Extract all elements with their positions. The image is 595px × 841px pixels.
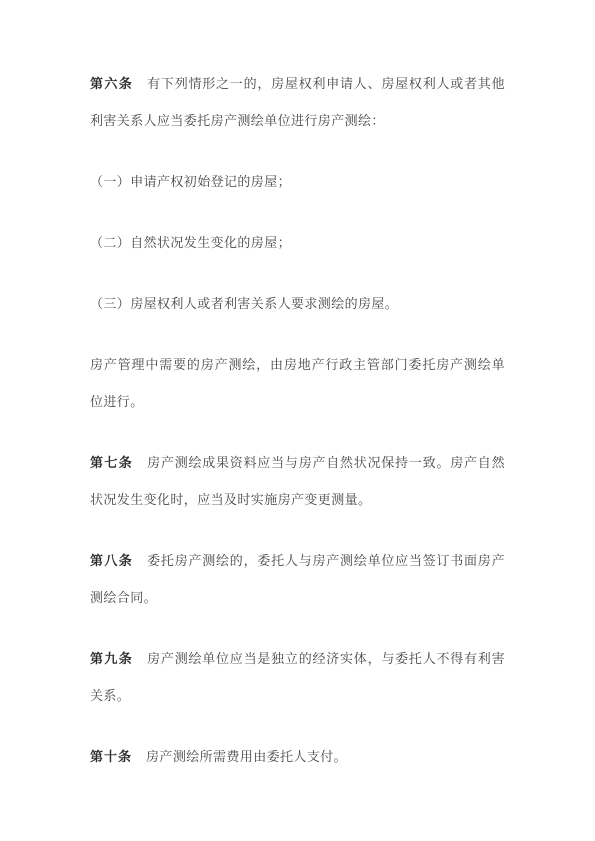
paragraph-text: 房产测绘单位应当是独立的经济实体，与委托人不得有利害关系。 [90, 652, 505, 704]
paragraph-item-2: （二）自然状况发生变化的房屋； [90, 225, 505, 262]
paragraph-article-9: 第九条房产测绘单位应当是独立的经济实体，与委托人不得有利害关系。 [90, 641, 505, 715]
paragraph-text: 有下列情形之一的，房屋权利申请人、房屋权利人或者其他利害关系人应当委托房产测绘单… [90, 77, 505, 129]
article-number-label: 第六条 [90, 77, 133, 92]
paragraph-text: （三）房屋权利人或者利害关系人要求测绘的房屋。 [90, 297, 398, 312]
paragraph-article-8: 第八条委托房产测绘的，委托人与房产测绘单位应当签订书面房产测绘合同。 [90, 543, 505, 617]
paragraph-article-7: 第七条房产测绘成果资料应当与房产自然状况保持一致。房产自然状况发生变化时，应当及… [90, 445, 505, 519]
paragraph-article-6-closing: 房产管理中需要的房产测绘，由房地产行政主管部门委托房产测绘单位进行。 [90, 347, 505, 421]
document-page: 第六条有下列情形之一的，房屋权利申请人、房屋权利人或者其他利害关系人应当委托房产… [0, 0, 595, 841]
article-number-label: 第十条 [90, 750, 132, 765]
paragraph-text: （一）申请产权初始登记的房屋； [90, 175, 291, 190]
paragraph-article-6: 第六条有下列情形之一的，房屋权利申请人、房屋权利人或者其他利害关系人应当委托房产… [90, 66, 505, 140]
paragraph-item-1: （一）申请产权初始登记的房屋； [90, 164, 505, 201]
article-number-label: 第九条 [90, 652, 133, 667]
article-number-label: 第八条 [90, 554, 133, 569]
paragraph-item-3: （三）房屋权利人或者利害关系人要求测绘的房屋。 [90, 286, 505, 323]
paragraph-text: 委托房产测绘的，委托人与房产测绘单位应当签订书面房产测绘合同。 [90, 554, 505, 606]
paragraph-text: 房产测绘成果资料应当与房产自然状况保持一致。房产自然状况发生变化时，应当及时实施… [90, 456, 505, 508]
paragraph-text: 房产管理中需要的房产测绘，由房地产行政主管部门委托房产测绘单位进行。 [90, 358, 505, 410]
paragraph-text: 房产测绘所需费用由委托人支付。 [146, 750, 347, 765]
article-number-label: 第七条 [90, 456, 133, 471]
paragraph-text: （二）自然状况发生变化的房屋； [90, 236, 291, 251]
paragraph-article-10: 第十条房产测绘所需费用由委托人支付。 [90, 739, 505, 776]
